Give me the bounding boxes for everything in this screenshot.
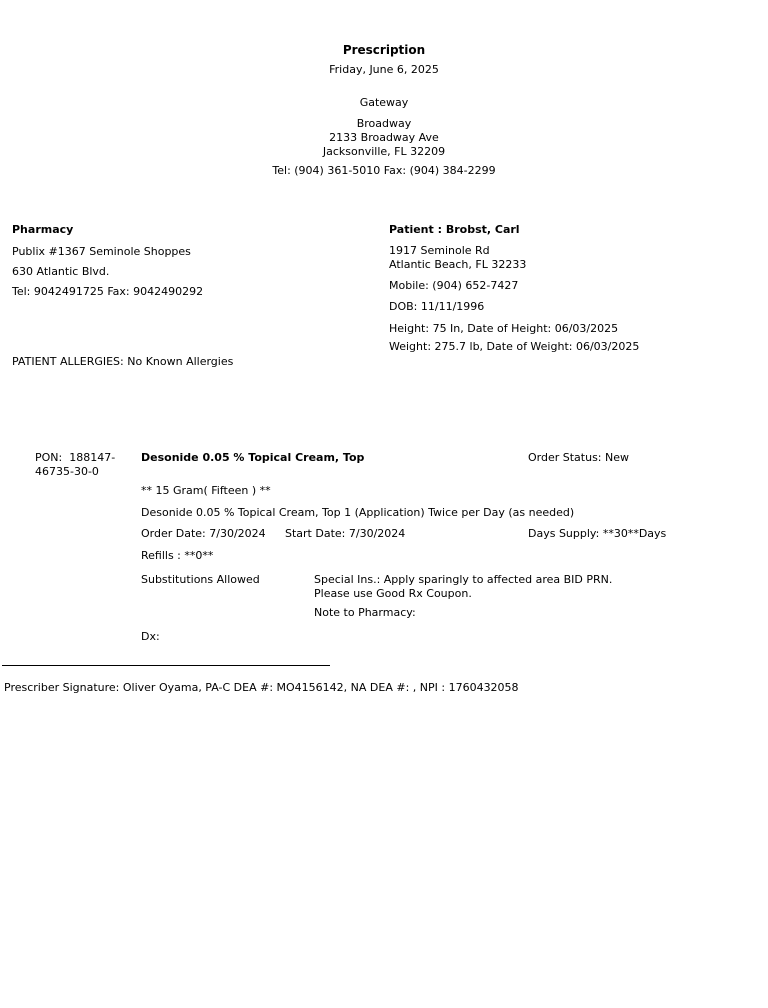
substitutions: Substitutions Allowed — [141, 573, 260, 586]
medication-pon: PON: 188147-46735-30-0 — [35, 451, 131, 479]
patient-allergies: PATIENT ALLERGIES: No Known Allergies — [12, 355, 233, 368]
patient-dob: DOB: 11/11/1996 — [389, 300, 639, 313]
medication-name: Desonide 0.05 % Topical Cream, Top — [141, 451, 364, 464]
note-to-pharmacy: Note to Pharmacy: — [314, 606, 416, 619]
medication-sig: Desonide 0.05 % Topical Cream, Top 1 (Ap… — [141, 506, 574, 519]
order-date: Order Date: 7/30/2024 — [141, 527, 266, 540]
document-title: Prescription — [0, 43, 768, 57]
order-status: Order Status: New — [528, 451, 629, 464]
special-instructions: Special Ins.: Apply sparingly to affecte… — [314, 573, 646, 601]
patient-address-line2: Atlantic Beach, FL 32233 — [389, 258, 639, 272]
clinic-address-line1: 2133 Broadway Ave — [0, 131, 768, 145]
clinic-address-line2: Jacksonville, FL 32209 — [0, 145, 768, 159]
pharmacy-address: 630 Atlantic Blvd. — [12, 265, 203, 278]
practice-name: Gateway — [0, 96, 768, 109]
patient-mobile: Mobile: (904) 652-7427 — [389, 279, 639, 292]
clinic-address-block: Broadway 2133 Broadway Ave Jacksonville,… — [0, 117, 768, 159]
patient-weight: Weight: 275.7 lb, Date of Weight: 06/03/… — [389, 340, 639, 353]
medication-quantity: ** 15 Gram( Fifteen ) ** — [141, 484, 271, 497]
dx-label: Dx: — [141, 630, 160, 643]
patient-heading: Patient : Brobst, Carl — [389, 223, 639, 236]
signature-line — [2, 665, 330, 666]
pharmacy-name: Publix #1367 Seminole Shoppes — [12, 245, 203, 258]
patient-address-line1: 1917 Seminole Rd — [389, 244, 639, 258]
refills: Refills : **0** — [141, 549, 213, 562]
prescription-document: Prescription Friday, June 6, 2025 Gatewa… — [0, 0, 768, 1008]
pharmacy-heading: Pharmacy — [12, 223, 203, 236]
clinic-phone-line: Tel: (904) 361-5010 Fax: (904) 384-2299 — [0, 164, 768, 177]
prescriber-signature: Prescriber Signature: Oliver Oyama, PA-C… — [4, 681, 519, 694]
clinic-name: Broadway — [0, 117, 768, 131]
days-supply: Days Supply: **30**Days — [528, 527, 666, 540]
patient-section: Patient : Brobst, Carl 1917 Seminole Rd … — [389, 223, 639, 353]
document-date: Friday, June 6, 2025 — [0, 63, 768, 76]
pharmacy-section: Pharmacy Publix #1367 Seminole Shoppes 6… — [12, 223, 203, 298]
pharmacy-phone-line: Tel: 9042491725 Fax: 9042490292 — [12, 285, 203, 298]
patient-height: Height: 75 In, Date of Height: 06/03/202… — [389, 322, 639, 335]
start-date: Start Date: 7/30/2024 — [285, 527, 405, 540]
patient-address-block: 1917 Seminole Rd Atlantic Beach, FL 3223… — [389, 244, 639, 272]
